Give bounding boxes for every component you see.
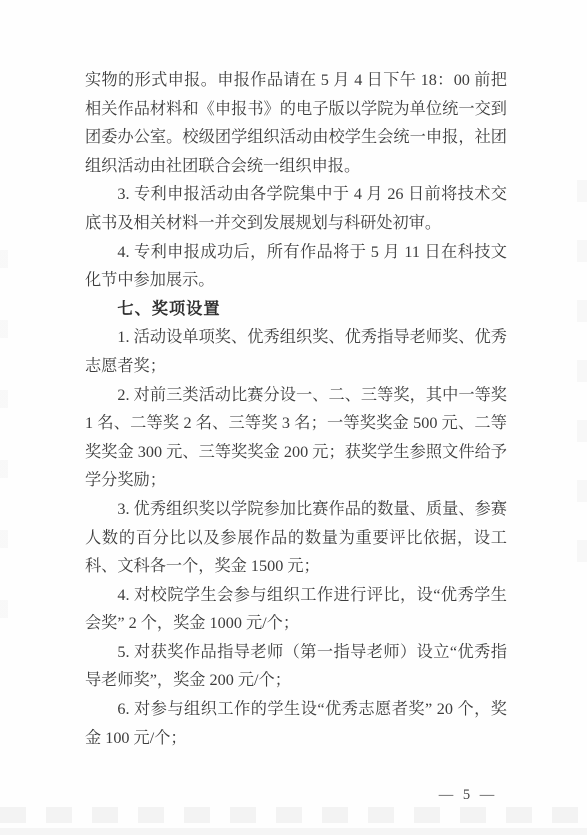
body-paragraph-patent-exhibit: 4. 专利申报成功后，所有作品将于 5 月 11 日在科技文化节中参加展示。 [85, 238, 507, 295]
body-paragraph-award-item-5: 5. 对获奖作品指导老师（第一指导老师）设立“优秀指导老师奖”，奖金 200 元… [85, 638, 507, 695]
document-page: 实物的形式申报。申报作品请在 5 月 4 日下午 18：00 前把相关作品材料和… [0, 0, 587, 835]
scan-artifact-bottom-band [0, 828, 587, 835]
body-paragraph-patent-deadline: 3. 专利申报活动由各学院集中于 4 月 26 日前将技术交底书及相关材料一并交… [85, 180, 507, 237]
body-paragraph-submission-continued: 实物的形式申报。申报作品请在 5 月 4 日下午 18：00 前把相关作品材料和… [85, 66, 507, 180]
page-number: — 5 — [428, 787, 508, 804]
body-paragraph-award-item-4: 4. 对校院学生会参与组织工作进行评比，设“优秀学生会奖” 2 个，奖金 100… [85, 581, 507, 638]
body-paragraph-award-item-2: 2. 对前三类活动比赛分设一、二、三等奖，其中一等奖 1 名、二等奖 2 名、三… [85, 381, 507, 495]
body-paragraph-award-item-6: 6. 对参与组织工作的学生设“优秀志愿者奖” 20 个，奖金 100 元/个； [85, 695, 507, 752]
scan-artifact-right-streak [577, 180, 587, 600]
scan-artifact-left-streak [0, 250, 8, 630]
scan-artifact-bottom-squares [0, 807, 587, 823]
section-heading-awards: 七、奖项设置 [85, 295, 507, 324]
body-paragraph-award-item-1: 1. 活动设单项奖、优秀组织奖、优秀指导老师奖、优秀志愿者奖； [85, 323, 507, 380]
document-body: 实物的形式申报。申报作品请在 5 月 4 日下午 18：00 前把相关作品材料和… [85, 66, 507, 752]
body-paragraph-award-item-3: 3. 优秀组织奖以学院参加比赛作品的数量、质量、参赛人数的百分比以及参展作品的数… [85, 495, 507, 581]
